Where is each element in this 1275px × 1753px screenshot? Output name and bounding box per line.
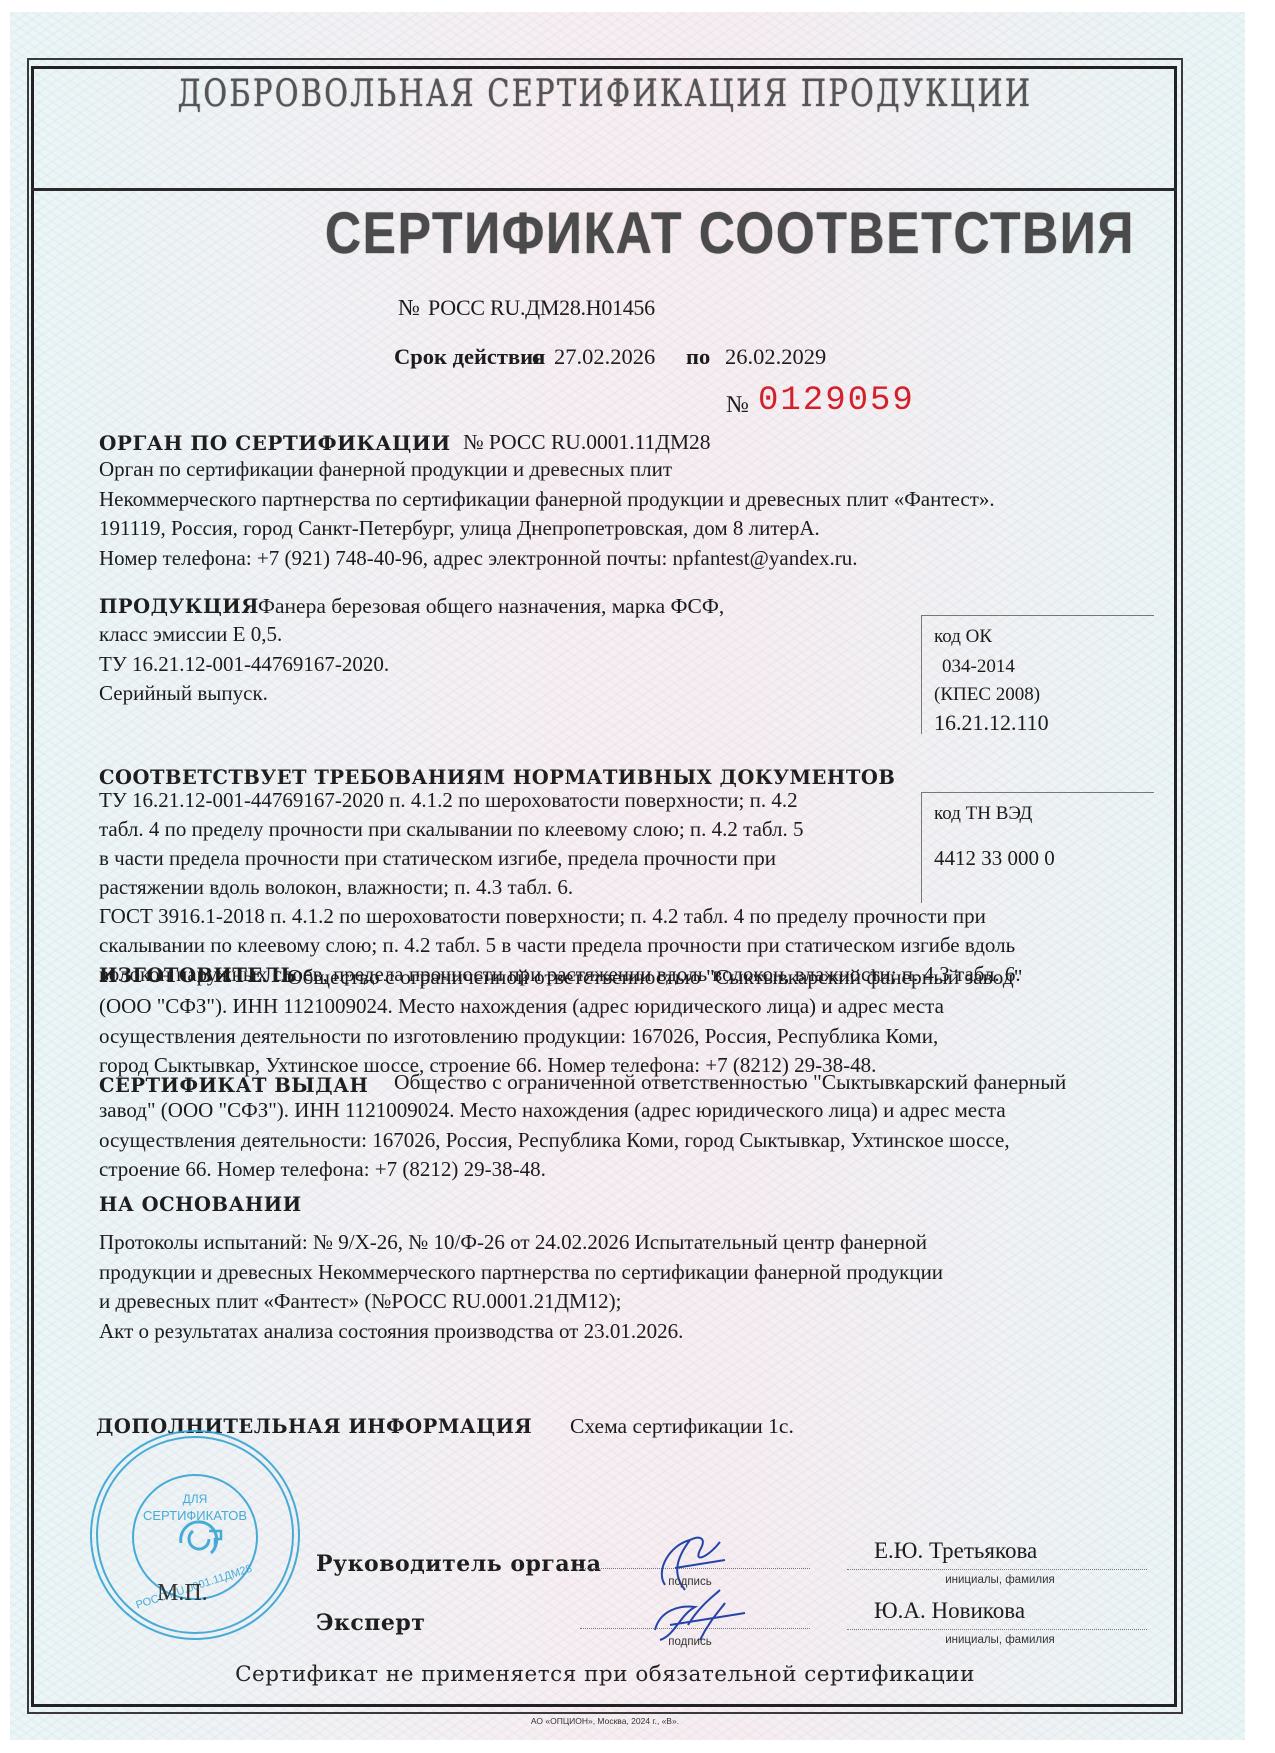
svg-text:ДЛЯ: ДЛЯ bbox=[183, 1492, 208, 1506]
manufacturer-label: ИЗГОТОВИТЕЛЬ bbox=[99, 964, 297, 987]
ok-code-standard: 034-2014 bbox=[942, 652, 1154, 682]
product-line: Серийный выпуск. bbox=[99, 679, 389, 709]
ok-code-classifier: (КПЕС 2008) bbox=[922, 682, 1154, 708]
basis-line: и древесных плит «Фантест» (№РОСС RU.000… bbox=[99, 1287, 943, 1317]
header-voluntary-certification: ДОБРОВОЛЬНАЯ СЕРТИФИКАЦИЯ ПРОДУКЦИИ bbox=[133, 72, 1077, 115]
voluntary-note: Сертификат не применяется при обязательн… bbox=[0, 1662, 1210, 1687]
basis-label: НА ОСНОВАНИИ bbox=[99, 1193, 302, 1216]
manufacturer-line: (ООО "СФЗ"). ИНН 1121009024. Место нахож… bbox=[99, 992, 944, 1022]
requirements-line: растяжении вдоль волокон, влажности; п. … bbox=[99, 873, 1021, 902]
ok-code-value: 16.21.12.110 bbox=[922, 708, 1154, 738]
product-line: класс эмиссии Е 0,5. bbox=[99, 620, 389, 650]
basis-line: продукции и древесных Некоммерческого па… bbox=[99, 1258, 943, 1288]
validity-to-date: 26.02.2029 bbox=[725, 344, 826, 370]
certificate-title: СЕРТИФИКАТ СООТВЕТСТВИЯ bbox=[317, 200, 1143, 267]
requirements-line: скалывании по клеевому слою; п. 4.2 табл… bbox=[99, 931, 1021, 960]
issued-to-line: строение 66. Номер телефона: +7 (8212) 2… bbox=[99, 1155, 1010, 1185]
certification-body-line: 191119, Россия, город Санкт-Петербург, у… bbox=[99, 514, 995, 544]
issued-to-line: осуществления деятельности: 167026, Росс… bbox=[99, 1126, 1010, 1156]
validity-label: Срок действия bbox=[394, 344, 545, 370]
manufacturer-line: Общество с ограниченной ответственностью… bbox=[287, 962, 1023, 992]
stamp-place-label: М.П. bbox=[157, 1580, 208, 1607]
validity-from-label: с bbox=[532, 344, 542, 370]
printer-imprint: АО «ОПЦИОН», Москва, 2024 г., «В». bbox=[0, 1716, 1210, 1726]
issued-to-label: СЕРТИФИКАТ ВЫДАН bbox=[99, 1074, 368, 1097]
certification-body-reg-number: № РОСС RU.0001.11ДМ28 bbox=[463, 427, 711, 457]
issued-to-line: Общество с ограниченной ответственностью… bbox=[394, 1067, 1066, 1097]
product-line: ТУ 16.21.12-001-44769167-2020. bbox=[99, 650, 389, 680]
expert-role-label: Эксперт bbox=[316, 1610, 425, 1636]
tnved-code-label: код ТН ВЭД bbox=[922, 793, 1154, 829]
blank-number-label: № bbox=[726, 392, 749, 419]
head-role-label: Руководитель органа bbox=[316, 1551, 602, 1577]
product-details: класс эмиссии Е 0,5. ТУ 16.21.12-001-447… bbox=[99, 620, 389, 709]
manufacturer-line: осуществления деятельности по изготовлен… bbox=[99, 1022, 944, 1052]
expert-signature-caption: подпись bbox=[640, 1636, 740, 1648]
issued-to-details: завод" (ООО "СФЗ"). ИНН 1121009024. Мест… bbox=[99, 1096, 1010, 1185]
header-divider bbox=[31, 188, 1177, 191]
certification-body-line: Некоммерческого партнерства по сертифика… bbox=[99, 485, 995, 515]
expert-name: Ю.А. Новикова bbox=[874, 1598, 1025, 1624]
requirements-line: в части предела прочности при статическо… bbox=[99, 844, 1021, 873]
head-name-line bbox=[847, 1569, 1147, 1570]
requirements-line: ТУ 16.21.12-001-44769167-2020 п. 4.1.2 п… bbox=[99, 786, 1021, 815]
certificate-number: РОСС RU.ДМ28.Н01456 bbox=[428, 295, 655, 321]
basis-line: Акт о результатах анализа состояния прои… bbox=[99, 1317, 943, 1347]
product-line: Фанера березовая общего назначения, марк… bbox=[258, 591, 724, 621]
tnved-code-box: код ТН ВЭД 4412 33 000 0 bbox=[921, 792, 1154, 903]
basis-details: Протоколы испытаний: № 9/Х-26, № 10/Ф-26… bbox=[99, 1228, 943, 1346]
blank-serial-number: 0129059 bbox=[758, 382, 915, 420]
requirements-line: табл. 4 по пределу прочности при скалыва… bbox=[99, 815, 1021, 844]
issued-to-line: завод" (ООО "СФЗ"). ИНН 1121009024. Мест… bbox=[99, 1096, 1010, 1126]
certification-body-label: ОРГАН ПО СЕРТИФИКАЦИИ bbox=[99, 431, 451, 455]
basis-line: Протоколы испытаний: № 9/Х-26, № 10/Ф-26… bbox=[99, 1228, 943, 1258]
svg-text:СЕРТИФИКАТОВ: СЕРТИФИКАТОВ bbox=[143, 1508, 247, 1523]
ok-code-box: код ОК 034-2014 (КПЕС 2008) 16.21.12.110 bbox=[921, 615, 1154, 734]
additional-info-text: Схема сертификации 1с. bbox=[570, 1411, 794, 1441]
certificate-number-label: № bbox=[398, 295, 420, 321]
expert-name-caption: инициалы, фамилия bbox=[900, 1634, 1100, 1646]
expert-name-line bbox=[847, 1629, 1147, 1630]
requirements-details: ТУ 16.21.12-001-44769167-2020 п. 4.1.2 п… bbox=[99, 786, 1021, 989]
certification-body-line: Номер телефона: +7 (921) 748-40-96, адре… bbox=[99, 544, 995, 574]
tnved-code-value: 4412 33 000 0 bbox=[922, 829, 1154, 873]
requirements-line: ГОСТ 3916.1-2018 п. 4.1.2 по шероховатос… bbox=[99, 902, 1021, 931]
ok-code-label: код ОК bbox=[934, 622, 1154, 652]
certification-body-details: Орган по сертификации фанерной продукции… bbox=[99, 455, 995, 573]
seal-stamp-icon: ДЛЯ СЕРТИФИКАТОВ РОСС RU.0001.11ДМ28 bbox=[85, 1425, 305, 1645]
validity-from-date: 27.02.2026 bbox=[554, 344, 655, 370]
certification-body-line: Орган по сертификации фанерной продукции… bbox=[99, 455, 995, 485]
head-name-caption: инициалы, фамилия bbox=[900, 1574, 1100, 1586]
validity-to-label: по bbox=[686, 344, 710, 370]
product-label: ПРОДУКЦИЯ bbox=[99, 595, 259, 618]
head-name: Е.Ю. Третьякова bbox=[874, 1538, 1037, 1564]
